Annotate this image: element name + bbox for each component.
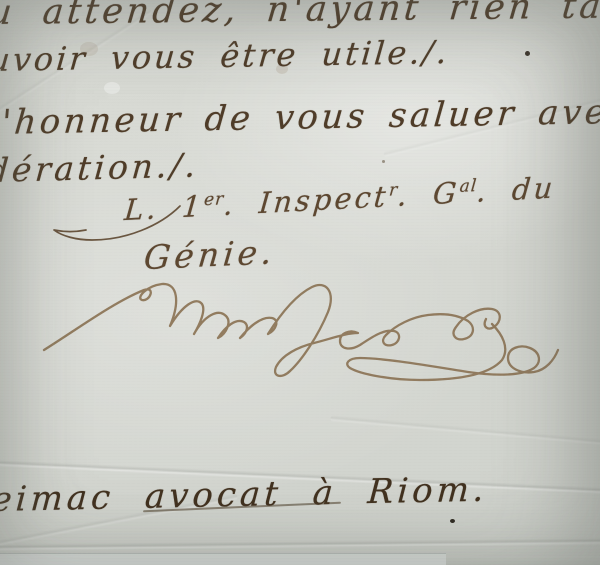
closing-part: . du [475,170,557,208]
signature-marescot [40,268,575,396]
letter-line: uvoir vous être utile./. [0,33,451,79]
ink-speck [525,51,530,56]
manuscript-letter-photo: u attendez, n'ayant rien tant uvoir vous… [0,0,600,565]
closing-part: . G [396,175,461,212]
address-line: eimac avocat à Riom. [0,470,489,520]
letter-line: dération./. [0,145,201,190]
closing-part-sup: er [203,189,225,210]
ink-speck [450,519,455,523]
ink-speck [382,160,385,163]
paper-edge-strip [0,553,446,565]
closing-part: . Inspect [222,179,390,222]
paper-crease [0,538,600,552]
paper-stain [104,82,120,94]
letter-line: u attendez, n'ayant rien tant [0,0,600,33]
paper-crease [330,415,600,448]
closing-part-sup: al [459,176,478,197]
paper-edge-shadow [446,556,600,565]
letter-line: l'honneur de vous saluer avec [0,92,600,143]
